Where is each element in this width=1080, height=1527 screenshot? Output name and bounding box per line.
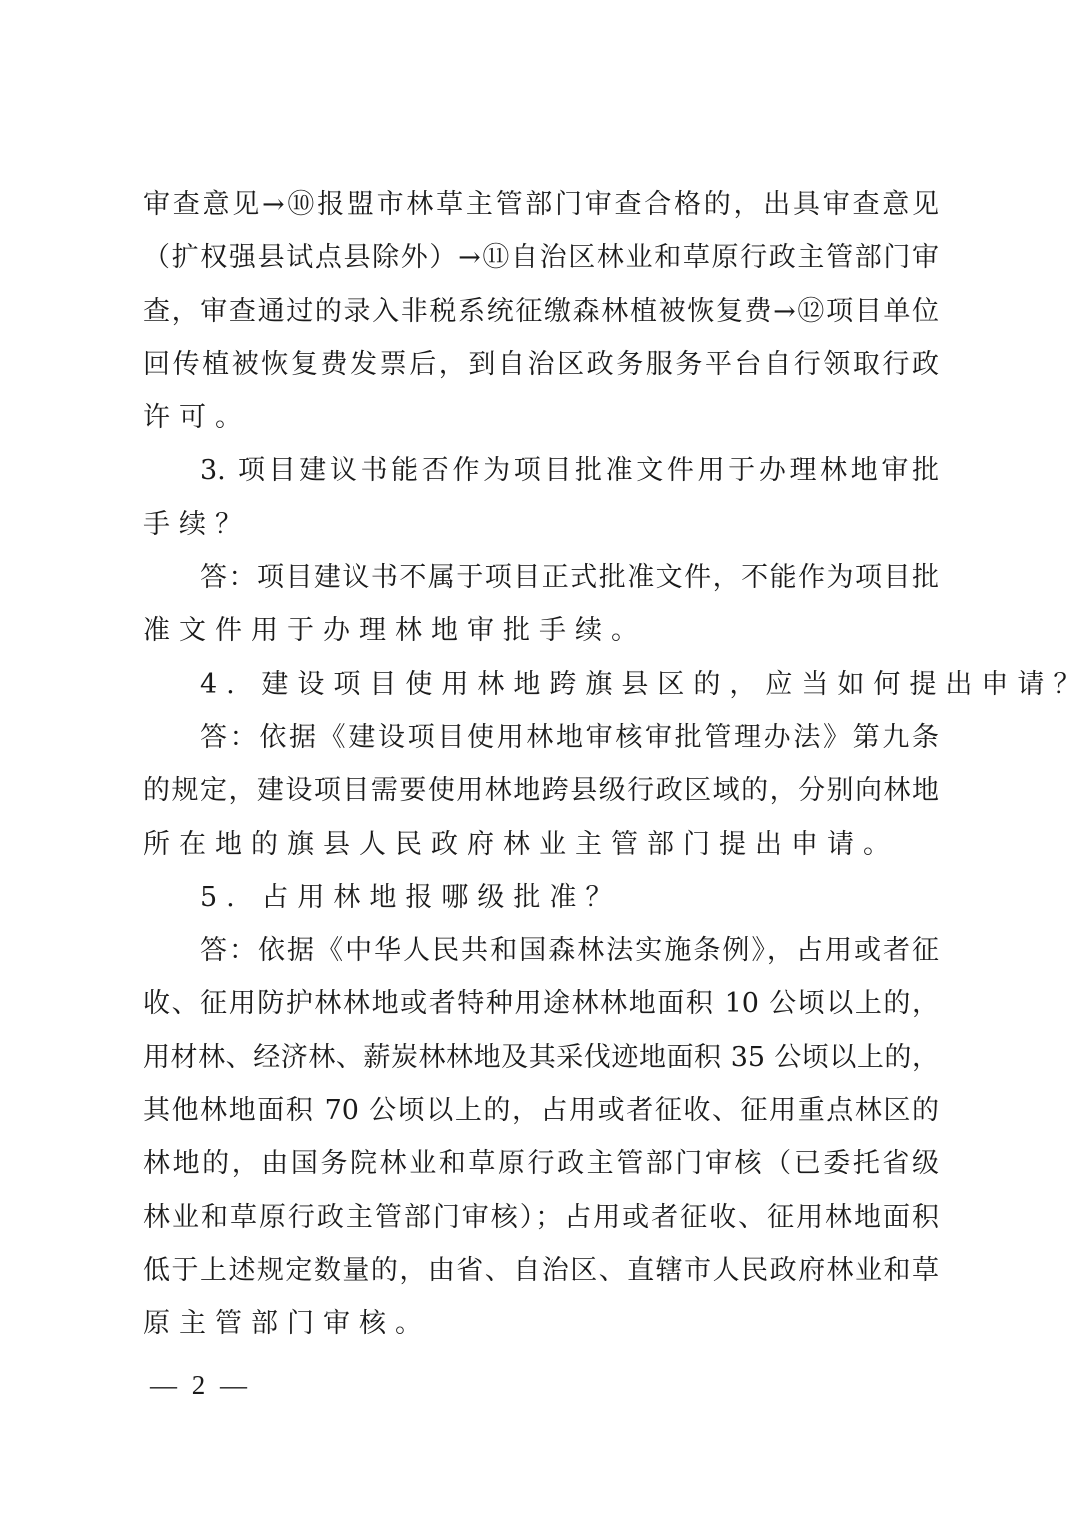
answer-line: 用材林、经济林、薪炭林林地及其采伐迹地面积 35 公顷以上的， — [143, 1031, 939, 1084]
question-line: 手续？ — [143, 498, 939, 551]
answer-line: 低于上述规定数量的，由省、自治区、直辖市人民政府林业和草 — [143, 1244, 939, 1297]
answer-text: 收、征用防护林林地或者特种用途林林地面积 10 公顷以上的， — [143, 977, 939, 1030]
answer-text: 低于上述规定数量的，由省、自治区、直辖市人民政府林业和草 — [143, 1244, 939, 1297]
answer-line: 答：项目建议书不属于项目正式批准文件，不能作为项目批 — [143, 551, 939, 604]
line-text: 审查意见→⑩报盟市林草主管部门审查合格的，出具审查意见 — [143, 178, 939, 231]
text-line: 查，审查通过的录入非税系统征缴森林植被恢复费→⑫项目单位 — [143, 285, 939, 338]
answer-line: 所在地的旗县人民政府林业主管部门提出申请。 — [143, 818, 939, 871]
answer-line: 准文件用于办理林地审批手续。 — [143, 604, 939, 657]
text-line: （扩权强县试点县除外）→⑪自治区林业和草原行政主管部门审 — [143, 231, 939, 284]
answer-line: 林地的，由国务院林业和草原行政主管部门审核（已委托省级 — [143, 1137, 939, 1190]
question-text: 5. 占用林地报哪级批准？ — [200, 871, 939, 924]
answer-text: 所在地的旗县人民政府林业主管部门提出申请。 — [143, 818, 939, 871]
answer-text: 用材林、经济林、薪炭林林地及其采伐迹地面积 35 公顷以上的， — [143, 1031, 939, 1084]
answer-line: 原主管部门审核。 — [143, 1297, 939, 1350]
question-text: 3. 项目建议书能否作为项目批准文件用于办理林地审批 — [200, 444, 939, 497]
question-line: 4. 建设项目使用林地跨旗县区的，应当如何提出申请？ — [143, 658, 939, 711]
answer-line: 答：依据《建设项目使用林地审核审批管理办法》第九条 — [143, 711, 939, 764]
question-line: 3. 项目建议书能否作为项目批准文件用于办理林地审批 — [143, 444, 939, 497]
text-line: 回传植被恢复费发票后，到自治区政务服务平台自行领取行政 — [143, 338, 939, 391]
answer-text: 准文件用于办理林地审批手续。 — [143, 604, 939, 657]
question-line: 5. 占用林地报哪级批准？ — [143, 871, 939, 924]
faq-item-4: 4. 建设项目使用林地跨旗县区的，应当如何提出申请？ 答：依据《建设项目使用林地… — [143, 658, 939, 871]
answer-text: 林地的，由国务院林业和草原行政主管部门审核（已委托省级 — [143, 1137, 939, 1190]
answer-line: 的规定，建设项目需要使用林地跨县级行政区域的，分别向林地 — [143, 764, 939, 817]
line-text: （扩权强县试点县除外）→⑪自治区林业和草原行政主管部门审 — [143, 231, 939, 284]
text-line: 审查意见→⑩报盟市林草主管部门审查合格的，出具审查意见 — [143, 178, 939, 231]
faq-item-3: 3. 项目建议书能否作为项目批准文件用于办理林地审批 手续？ 答：项目建议书不属… — [143, 444, 939, 657]
question-text: 4. 建设项目使用林地跨旗县区的，应当如何提出申请？ — [200, 658, 939, 711]
line-text: 查，审查通过的录入非税系统征缴森林植被恢复费→⑫项目单位 — [143, 285, 939, 338]
answer-line: 其他林地面积 70 公顷以上的，占用或者征收、征用重点林区的 — [143, 1084, 939, 1137]
answer-line: 林业和草原行政主管部门审核）；占用或者征收、征用林地面积 — [143, 1191, 939, 1244]
answer-text: 答：依据《中华人民共和国森林法实施条例》，占用或者征 — [200, 924, 939, 977]
question-text: 手续？ — [143, 498, 939, 551]
text-line: 许可。 — [143, 391, 939, 444]
answer-text: 答：项目建议书不属于项目正式批准文件，不能作为项目批 — [200, 551, 939, 604]
answer-text: 的规定，建设项目需要使用林地跨县级行政区域的，分别向林地 — [143, 764, 939, 817]
faq-item-5: 5. 占用林地报哪级批准？ 答：依据《中华人民共和国森林法实施条例》，占用或者征… — [143, 871, 939, 1351]
answer-line: 答：依据《中华人民共和国森林法实施条例》，占用或者征 — [143, 924, 939, 977]
continuation-paragraph: 审查意见→⑩报盟市林草主管部门审查合格的，出具审查意见 （扩权强县试点县除外）→… — [143, 178, 939, 444]
document-page: 审查意见→⑩报盟市林草主管部门审查合格的，出具审查意见 （扩权强县试点县除外）→… — [143, 178, 939, 1351]
answer-text: 林业和草原行政主管部门审核）；占用或者征收、征用林地面积 — [143, 1191, 939, 1244]
answer-text: 原主管部门审核。 — [143, 1297, 939, 1350]
answer-text: 答：依据《建设项目使用林地审核审批管理办法》第九条 — [200, 711, 939, 764]
line-text: 许可。 — [143, 391, 939, 444]
answer-line: 收、征用防护林林地或者特种用途林林地面积 10 公顷以上的， — [143, 977, 939, 1030]
answer-text: 其他林地面积 70 公顷以上的，占用或者征收、征用重点林区的 — [143, 1084, 939, 1137]
page-number: — 2 — — [150, 1360, 251, 1410]
line-text: 回传植被恢复费发票后，到自治区政务服务平台自行领取行政 — [143, 338, 939, 391]
